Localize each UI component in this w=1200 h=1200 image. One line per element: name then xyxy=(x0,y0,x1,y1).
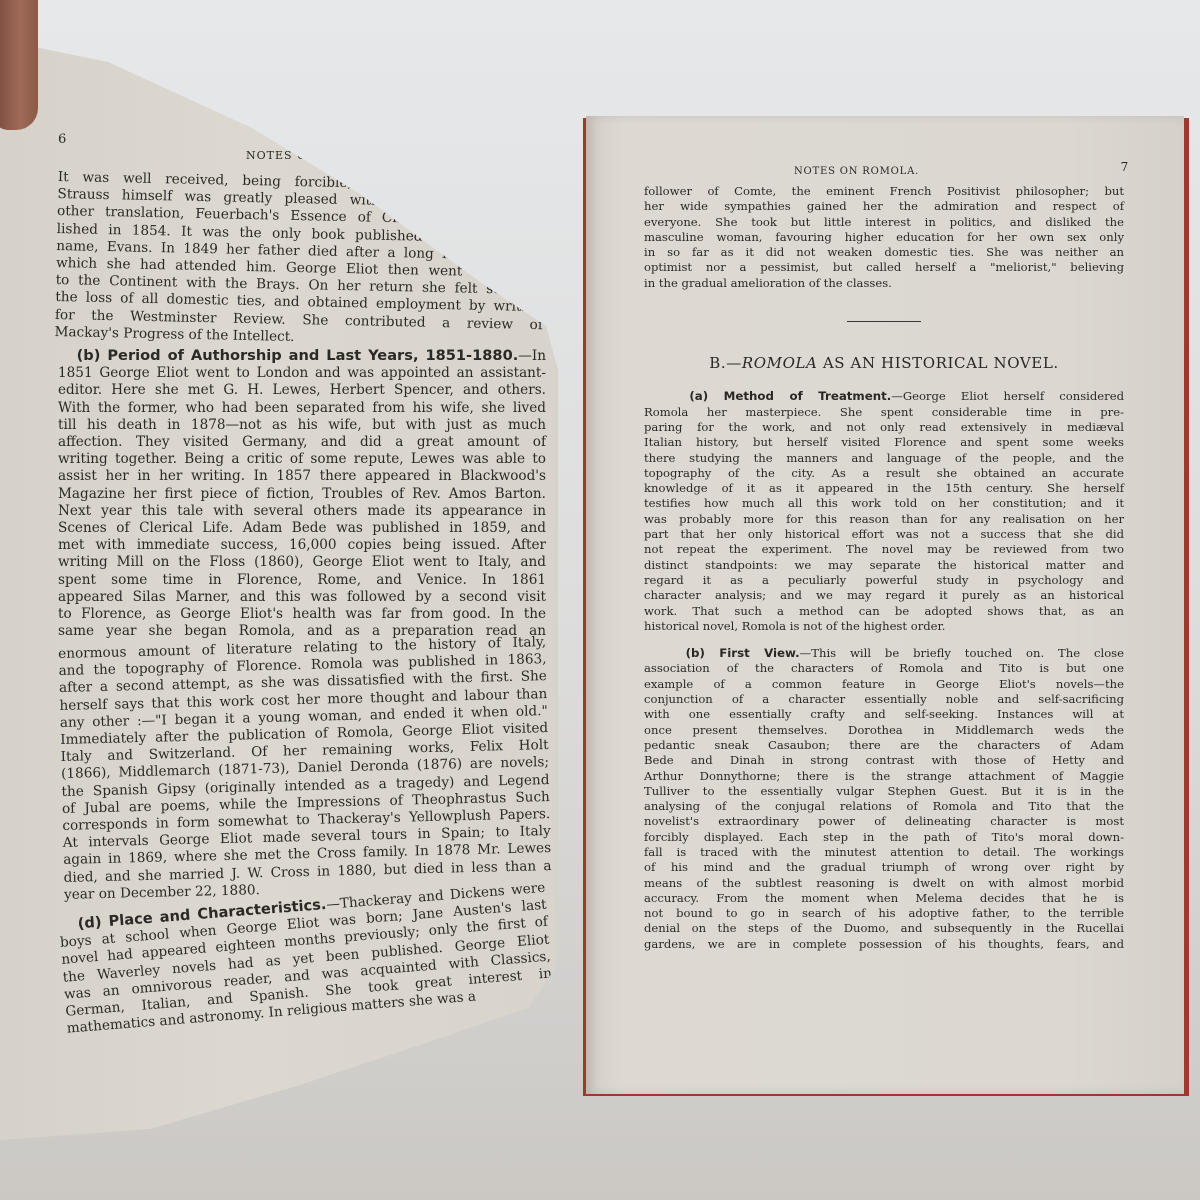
page-number: 6 xyxy=(58,131,67,148)
subheading: (b) First View. xyxy=(686,646,800,660)
left-page: 6 NOTES ON ROMOLA. It was well received,… xyxy=(0,40,600,1140)
right-page-text: NOTES ON ROMOLA. 7 follower of Comte, th… xyxy=(644,164,1124,952)
text-line: denial on the steps of the Duomo, and su… xyxy=(644,921,1124,936)
text-line: in so far as it did not weaken domestic … xyxy=(644,245,1124,260)
text-line: affection. They visited Germany, and did… xyxy=(58,434,546,451)
text-line: (b) First View.—This will be briefly tou… xyxy=(644,646,1124,661)
text-line: optimist nor a pessimist, but called her… xyxy=(644,260,1124,275)
text-line: Italian history, but herself visited Flo… xyxy=(644,435,1124,450)
text-line: her wide sympathies gained her the admir… xyxy=(644,199,1124,214)
text-line: writing together. Being a critic of some… xyxy=(58,451,546,468)
right-page: NOTES ON ROMOLA. 7 follower of Comte, th… xyxy=(586,116,1184,1094)
text-line: pedantic sneak Casaubon; there are the c… xyxy=(644,738,1124,753)
section-title-italic: ROMOLA xyxy=(742,354,818,372)
subheading-lead: —This will be briefly touched on. The cl… xyxy=(800,646,1124,660)
paragraph: It was well received, being forcible, ac… xyxy=(54,169,545,351)
text-line: testifies how much all this work told on… xyxy=(644,496,1124,511)
text-line: gardens, we are in complete possession o… xyxy=(644,937,1124,952)
text-line: till his death in 1878—not as his wife, … xyxy=(58,417,546,434)
text-line: Tulliver to the essentially vulgar Steph… xyxy=(644,784,1124,799)
text-line: appeared Silas Marner, and this was foll… xyxy=(58,589,546,606)
text-line: met with immediate success, 16,000 copie… xyxy=(58,537,546,554)
paragraph-method-of-treatment: (a) Method of Treatment.—George Eliot he… xyxy=(644,389,1124,634)
running-head: 6 NOTES ON ROMOLA. xyxy=(58,135,546,161)
text-line: analysing of the conjugal relations of R… xyxy=(644,799,1124,814)
text-line: part that her only historical effort was… xyxy=(644,527,1124,542)
text-line: association of the characters of Romola … xyxy=(644,661,1124,676)
text-line: fall is traced with the minutest attenti… xyxy=(644,845,1124,860)
section-title-rest: AS AN HISTORICAL NOVEL. xyxy=(817,354,1058,372)
subheading-lead: —George Eliot herself considered xyxy=(891,389,1124,403)
section-divider xyxy=(847,321,921,322)
text-line: accuracy. From the moment when Melema de… xyxy=(644,891,1124,906)
text-line: masculine woman, favouring higher educat… xyxy=(644,230,1124,245)
text-line: Arthur Donnythorne; there is the strange… xyxy=(644,769,1124,784)
text-line: historical novel, Romola is not of the h… xyxy=(644,619,1124,634)
text-line: once present themselves. Dorothea in Mid… xyxy=(644,723,1124,738)
running-head-title: NOTES ON ROMOLA. xyxy=(794,164,919,179)
text-line: spent some time in Florence, Rome, and V… xyxy=(58,572,546,589)
text-line: everyone. She took but little interest i… xyxy=(644,215,1124,230)
text-line: Next year this tale with several others … xyxy=(58,503,546,520)
text-line: not repeat the experiment. The novel may… xyxy=(644,542,1124,557)
text-line: (b) Period of Authorship and Last Years,… xyxy=(58,347,546,365)
paragraph-period-of-authorship: (b) Period of Authorship and Last Years,… xyxy=(58,347,546,640)
paragraph-continued: enormous amount of literature relating t… xyxy=(58,635,552,905)
text-line: example of a common feature in George El… xyxy=(644,677,1124,692)
text-line: was probably more for this reason than f… xyxy=(644,512,1124,527)
text-line: conjunction of a character essentially n… xyxy=(644,692,1124,707)
text-line: assist her in her writing. In 1857 there… xyxy=(58,468,546,485)
text-line: Scenes of Clerical Life. Adam Bede was p… xyxy=(58,520,546,537)
paragraph-first-view: (b) First View.—This will be briefly tou… xyxy=(644,646,1124,952)
text-line: distinct standpoints: we may separate th… xyxy=(644,558,1124,573)
text-line: there studying the manners and language … xyxy=(644,451,1124,466)
text-line: means of the subtlest reasoning is dwelt… xyxy=(644,876,1124,891)
text-line: paring for the work, and not only read e… xyxy=(644,420,1124,435)
text-line: novelist's extraordinary power of deline… xyxy=(644,814,1124,829)
text-line: editor. Here she met G. H. Lewes, Herber… xyxy=(58,382,546,399)
hand-finger xyxy=(0,0,38,130)
text-line: writing Mill on the Floss (1860), George… xyxy=(58,554,546,571)
section-title: B.—ROMOLA AS AN HISTORICAL NOVEL. xyxy=(644,356,1124,371)
running-head: NOTES ON ROMOLA. 7 xyxy=(644,164,1124,184)
page-number: 7 xyxy=(1121,160,1129,175)
text-line: Bede and Dinah in strong contrast with t… xyxy=(644,753,1124,768)
subheading-lead: —In xyxy=(518,348,546,364)
text-line: regard it as a peculiarly powerful study… xyxy=(644,573,1124,588)
paragraph: follower of Comte, the eminent French Po… xyxy=(644,184,1124,291)
text-line: in the gradual amelioration of the class… xyxy=(644,276,1124,291)
text-line: follower of Comte, the eminent French Po… xyxy=(644,184,1124,199)
text-line: topography of the city. As a result she … xyxy=(644,466,1124,481)
text-line: character analysis; and we may regard it… xyxy=(644,588,1124,603)
subheading: (a) Method of Treatment. xyxy=(689,389,891,403)
subheading: (b) Period of Authorship and Last Years,… xyxy=(77,347,519,364)
text-line: to Florence, as George Eliot's health wa… xyxy=(58,606,546,623)
text-line: knowledge of it as it appeared in the 15… xyxy=(644,481,1124,496)
text-line: with one essentially crafty and self-see… xyxy=(644,707,1124,722)
text-line: Romola her masterpiece. She spent consid… xyxy=(644,405,1124,420)
text-line: of his mind and the gradual triumph of w… xyxy=(644,860,1124,875)
text-line: With the former, who had been separated … xyxy=(58,400,546,417)
text-line: not bound to go in search of his adoptiv… xyxy=(644,906,1124,921)
running-head-title: NOTES ON ROMOLA. xyxy=(246,147,386,164)
section-title-prefix: B.— xyxy=(709,354,742,372)
text-line: forcibly displayed. Each step in the pat… xyxy=(644,830,1124,845)
text-line: Magazine her first piece of fiction, Tro… xyxy=(58,486,546,503)
text-line: work. That such a method can be adopted … xyxy=(644,604,1124,619)
left-page-text: 6 NOTES ON ROMOLA. It was well received,… xyxy=(58,135,546,1038)
text-line: 1851 George Eliot went to London and was… xyxy=(58,365,546,382)
text-line: (a) Method of Treatment.—George Eliot he… xyxy=(644,389,1124,404)
